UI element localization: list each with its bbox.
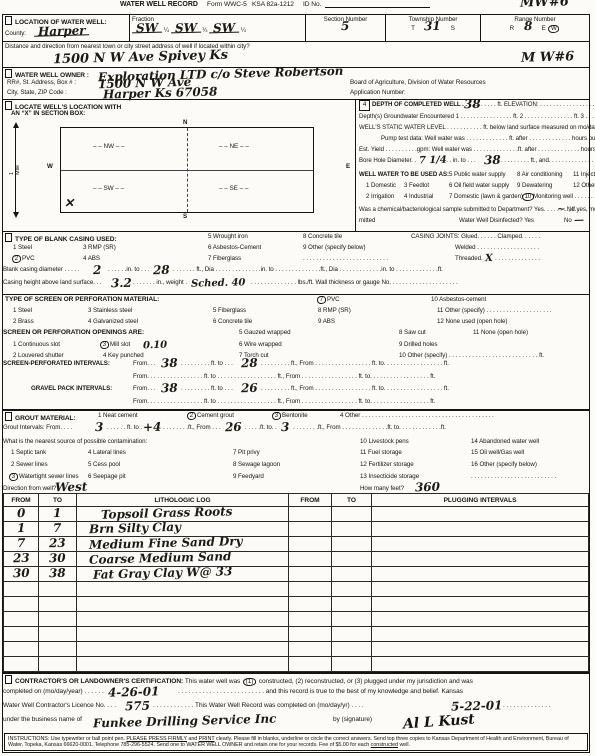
chemical-sample-question: Was a chemical/bacteriological sample su… — [359, 206, 579, 213]
form-header: WATER WELL RECORD Form WWC-5 KSA 82a-121… — [0, 0, 595, 14]
screen-intervals-label: SCREEN-PERFORATED INTERVALS: — [3, 360, 110, 367]
instructions-box: INSTRUCTIONS: Use typewriter or ball poi… — [4, 733, 588, 751]
option: 5 Gauzed wrapped — [239, 329, 291, 336]
owner-section: WATER WELL OWNER : Exploration LTD c/o S… — [3, 67, 589, 99]
log-to: 23 — [49, 539, 66, 546]
other-specify-dots: . . . . . . . . . . . . . . . . . . . . … — [471, 473, 556, 480]
grout-intervals-label: Grout Intervals: From. . . . — [3, 424, 72, 431]
log-from: 0 — [17, 509, 25, 516]
contamination-question: What is the nearest source of possible c… — [3, 438, 147, 445]
mill-slot-3-circled: 3 — [100, 341, 109, 349]
owner-city: Harper Ks 67058 — [103, 89, 217, 99]
option: 6 Seepage pit — [88, 473, 126, 480]
disinfected-question: Water Well Disinfected? Yes — [459, 217, 534, 224]
interval-mid: . . . . . . . . . ft. to . . . — [181, 385, 233, 392]
locate-title-2: AN “X” IN SECTION BOX: — [11, 110, 85, 117]
gravel-interval-from: 38 — [161, 385, 178, 392]
option: 5 Fiberglass — [213, 307, 246, 314]
disinfected-no: No — [564, 217, 572, 224]
option: 4 ABS — [83, 255, 100, 262]
record-date: 5-22-01 — [451, 702, 503, 710]
table-row: 17Brn Silty Clay — [4, 522, 589, 537]
option: 4 Key punched — [103, 352, 144, 359]
board-of-agriculture: Board of Agriculture, Division of Water … — [350, 79, 486, 86]
fraction-2: SW — [170, 25, 200, 34]
casing-diameter-value: 2 — [93, 267, 101, 274]
cement-grout-option: Cement grout — [197, 412, 234, 419]
chemical-question-tail: . ; If yes, mo/day/yrs sample was sub- — [565, 206, 595, 213]
bore-mid: . . . in. to . . . — [443, 157, 476, 164]
table-row-empty — [4, 612, 589, 627]
certification-text-1a: This water well was — [185, 678, 240, 685]
grout-section: GROUT MATERIAL: 1 Neat cement 2 Cement g… — [3, 409, 589, 437]
application-number-label: Application Number: — [350, 89, 406, 96]
compass-n: N — [183, 119, 187, 126]
option: 8 Sewage lagoon — [233, 461, 280, 468]
option: 14 Abandoned water well — [471, 438, 539, 445]
constructed-1-circled: (1) — [243, 678, 256, 686]
licence-label: Water Well Contractor's Licence No. . . … — [3, 702, 116, 709]
static-level-line: WELL'S STATIC WATER LEVEL . . . . . . . … — [359, 124, 595, 131]
feet-label: How many feet? — [360, 485, 404, 492]
screen-title: TYPE OF SCREEN OR PERFORATION MATERIAL: — [5, 296, 159, 303]
cement-grout-2-circled: 2 — [187, 412, 196, 420]
by-signature-label: by (signature) — [333, 716, 372, 723]
option: 16 Other (specify below) — [471, 461, 537, 468]
fraction-cell: Fraction SW ¼ SW ¼ SW ¼ — [130, 15, 306, 41]
option: 9 Feedyard — [233, 473, 264, 480]
log-desc: Topsoil Grass Roots — [101, 508, 233, 518]
constructed-date: 4-26-01 — [108, 688, 160, 696]
quadrant-nw: – – NW – – — [93, 143, 124, 150]
depth-elevation: . . . . . ft. ELEVATION: . . . . . . . .… — [481, 101, 595, 108]
water-well-record-form: WATER WELL RECORD Form WWC-5 KSA 82a-121… — [0, 0, 595, 756]
range-value: 8 — [524, 23, 532, 30]
form-title: WATER WELL RECORD — [120, 1, 198, 8]
range-w-circled: W — [548, 25, 559, 33]
option: 8 Concrete tile — [303, 233, 342, 240]
option: 11 Other (specify) . . . . . . . . . . .… — [437, 307, 552, 314]
option: 2 Irrigation — [366, 193, 394, 200]
option: 7 Fiberglass — [208, 255, 241, 262]
id-label: ID No. — [303, 1, 321, 8]
instructions-text: well. — [398, 742, 410, 748]
intervals-section: SCREEN-PERFORATED INTERVALS: From. . . 3… — [3, 359, 589, 409]
option: 9 Dewatering — [517, 182, 552, 189]
interval-blank-line: From. . . . . . . . . . . . . . . . . ft… — [133, 373, 435, 380]
address-handwritten: 1500 N W Ave Spivey Ks — [53, 52, 228, 64]
quadrant-se: – – SE – – — [219, 185, 248, 192]
grout-mid-3: . . . . .ft. to. . — [245, 424, 277, 431]
col-plugging-intervals: PLUGGING INTERVALS — [372, 494, 589, 507]
casing-height-mid: . . . . . . . in., weight . — [133, 279, 187, 286]
option: 11 None (open hole) — [473, 329, 528, 336]
section-number-value: 5 — [341, 23, 349, 30]
grout-to-1: +4 — [143, 424, 161, 431]
owner-city-label: City, State, ZIP Code : — [7, 89, 67, 96]
log-from: 7 — [17, 539, 25, 546]
instructions-press-firmly: PLEASE PRESS FIRMLY — [126, 736, 187, 742]
form-number: Form WWC-5 — [207, 1, 247, 8]
option: 1 Steel — [13, 307, 32, 314]
record-completed-label: . . . . . . . . . . . . This Water Well … — [153, 702, 364, 709]
from-label: From. . . — [133, 385, 156, 392]
option: 6 Asbestos-Cement — [208, 244, 261, 251]
casing-depth-value: 28 — [153, 267, 170, 274]
option: 4 Lateral lines — [88, 449, 126, 456]
table-row: 723Medium Fine Sand Dry — [4, 537, 589, 552]
depth-data-cell: 4 DEPTH OF COMPLETED WELL . . . . . . 38… — [356, 100, 589, 231]
option: 6 Oil field water supply — [449, 182, 509, 189]
contractor-signature: Al L Kust — [403, 712, 476, 733]
table-row-empty — [4, 582, 589, 597]
mill-slot-size: 0.10 — [143, 342, 167, 350]
section-6-box — [5, 412, 12, 421]
groundwater-line: Depth(s) Groundwater Encountered 1 . . .… — [359, 113, 595, 120]
bentonite-option: Bentonite — [282, 412, 308, 419]
watertight-3-circled: 3 — [9, 473, 18, 481]
casing-height-label: Casing height above land surface. . . — [3, 279, 102, 286]
fraction-1: SW — [132, 25, 162, 34]
option: 5 Public water supply — [449, 171, 506, 178]
log-to: 1 — [53, 509, 61, 516]
option: 6 Wire wrapped — [239, 341, 282, 348]
direction-value: West — [55, 484, 87, 492]
quadrant-sw: – – SW – – — [93, 185, 124, 192]
township-cell: Township Number T 31 S — [386, 15, 481, 41]
option: 10 Livestock pens — [360, 438, 409, 445]
option: 3 Stainless steel — [88, 307, 132, 314]
casing-diameter-label: Blank casing diameter . . . . . — [3, 266, 80, 273]
log-desc: Medium Fine Sand Dry — [89, 537, 243, 548]
gravel-intervals-label: GRAVEL PACK INTERVALS: — [31, 385, 112, 392]
interval-end: . . . . . . . . . ft., From . . . . . . … — [261, 385, 449, 392]
grout-from-1: 3 — [95, 424, 103, 431]
direction-label: Direction from well? — [3, 485, 56, 492]
pvc-7-circled: 7 — [317, 296, 326, 304]
option: 8 Saw cut — [399, 329, 426, 336]
option: 2 Louvered shutter — [13, 352, 64, 359]
county-value: Harper — [34, 27, 90, 36]
option: 12 Fertilizer storage — [360, 461, 414, 468]
log-to: 7 — [53, 524, 61, 531]
from-label: From. . . — [133, 360, 156, 367]
disinfected-no-mark: — — [574, 217, 584, 224]
option: 1 Septic tank — [11, 449, 46, 456]
contamination-section: What is the nearest source of possible c… — [3, 437, 589, 493]
threaded-x-mark: X — [485, 255, 493, 262]
log-from: 23 — [13, 554, 30, 561]
form-body: LOCATION OF WATER WELL: County: Harper F… — [2, 14, 590, 753]
range-r: R — [510, 25, 514, 32]
option: 4 Galvanized steel — [88, 318, 138, 325]
certification-text-1b: constructed, (2) reconstructed, or (3) p… — [259, 678, 473, 685]
option: 8 RMP (SR) — [318, 307, 351, 314]
welded-option: Welded . . . . . . . . . . . . . . . . .… — [455, 244, 539, 251]
quarter-1: ¼ — [164, 27, 169, 34]
feet-value: 360 — [415, 484, 440, 492]
screen-interval-from: 38 — [161, 360, 178, 367]
instructions-print: PRINT — [199, 736, 215, 742]
pvc-option: PVC — [327, 296, 340, 303]
well-id-handwritten-2: M W#6 — [521, 53, 574, 61]
well-x-mark: ✕ — [64, 200, 74, 207]
log-from: 1 — [17, 524, 25, 531]
option: 11 Fuel storage — [360, 449, 402, 456]
table-row: 01Topsoil Grass Roots — [4, 507, 589, 522]
interval-mid: . . . . . . . . . ft. to . . . — [181, 360, 233, 367]
grout-from-2: 26 — [225, 424, 242, 431]
section-2-box — [5, 69, 12, 78]
section-number-cell: Section Number 5 — [306, 15, 386, 41]
township-s: S — [451, 25, 455, 32]
casing-diameter-post: . . . . . . . ft., Dia . . . . . . . . .… — [173, 266, 443, 273]
log-to: 30 — [49, 554, 66, 561]
option: 3 Feedlot — [404, 182, 429, 189]
instructions-text: INSTRUCTIONS: Use typewriter or ball poi… — [8, 736, 126, 742]
col-from: FROM — [4, 494, 39, 507]
grout-end: . . . . . . . .ft., From . . . . . . . .… — [293, 424, 446, 431]
col-to-2: TO — [332, 494, 372, 507]
log-desc: Fat Gray Clay W@ 33 — [93, 568, 232, 579]
table-row-empty — [4, 627, 589, 642]
option: 9 ABS — [318, 318, 335, 325]
option: 9 Drilled holes — [399, 341, 437, 348]
instructions-text: and — [187, 736, 199, 742]
instructions-constructed: constructed — [371, 742, 398, 748]
compass-s: S — [183, 213, 187, 220]
option: 10 Asbestos-cement — [431, 296, 486, 303]
log-desc: Coarse Medium Sand — [89, 553, 231, 564]
bore-post: . . . . . . . . . ft., and. . . . . . . … — [501, 157, 595, 164]
business-name-value: Funkee Drilling Service Inc — [93, 716, 276, 728]
col-lithologic-log: LITHOLOGIC LOG — [77, 494, 289, 507]
option: 12 None used (open hole) — [437, 318, 507, 325]
option: 1 Neat cement — [98, 412, 138, 419]
threaded-option: Threaded. — [455, 255, 483, 262]
log-header-row: FROM TO LITHOLOGIC LOG FROM TO PLUGGING … — [4, 494, 589, 507]
table-row-empty — [4, 657, 589, 672]
option: 7 Domestic (lawn & garden) — [449, 193, 523, 200]
other-blank-dots: . . . . . . . . . . . . . . . . . . . . … — [303, 255, 388, 262]
township-t: T — [411, 25, 415, 32]
openings-title: SCREEN OR PERFORATION OPENINGS ARE: — [3, 329, 144, 336]
option: 5 Cess pool — [88, 461, 120, 468]
option: 7 Pit privy — [233, 449, 260, 456]
section-box-cell: LOCATE WELL'S LOCATION WITH AN “X” IN SE… — [3, 100, 356, 231]
option: 1 Continuous slot — [13, 341, 60, 348]
well-location-depth-section: LOCATE WELL'S LOCATION WITH AN “X” IN SE… — [3, 99, 589, 231]
section-box-horizontal-divider — [61, 170, 313, 171]
pump-test-line: Pump test data: Well water was . . . . .… — [381, 135, 595, 142]
option: 1 Steel — [13, 244, 32, 251]
casing-height-post: . . . . . . . . . . . . . . lbs./ft. Wal… — [251, 279, 458, 286]
owner-address-label: RR#, St. Address, Box # : — [7, 79, 76, 86]
threaded-dots: . . . . . . . . . . . . . . — [495, 255, 540, 262]
screen-section: TYPE OF SCREEN OR PERFORATION MATERIAL: … — [3, 294, 589, 359]
table-row: 2330Coarse Medium Sand — [4, 552, 589, 567]
option: 4 Other . . . . . . . . . . . . . . . . … — [340, 412, 494, 419]
casing-joints-label: CASING JOINTS: Glued. . . . . . Clamped.… — [411, 233, 540, 240]
monitoring-well-option: Monitoring well . . . . . . . . . . . . … — [533, 193, 595, 200]
option: 8 Air conditioning — [517, 171, 563, 178]
grout-to-2: 3 — [281, 424, 289, 431]
option: 9 Other (specify below) — [303, 244, 365, 251]
col-to: TO — [39, 494, 77, 507]
compass-e: E — [346, 163, 350, 170]
mile-arrow: 1 Mile — [15, 128, 16, 212]
fraction-3: SW — [209, 25, 239, 34]
section-7-box — [5, 675, 12, 684]
log-desc: Brn Silty Clay — [89, 523, 181, 532]
option: 10 Other (specify) . . . . . . . . . . .… — [399, 352, 544, 359]
option: 1 Domestic — [366, 182, 396, 189]
county-label: County: — [5, 30, 26, 37]
compass-w: W — [47, 163, 53, 170]
pvc-2-circled: 2 — [12, 255, 21, 263]
option: 5 Wrought iron — [208, 233, 248, 240]
table-row-empty — [4, 597, 589, 612]
grout-mid-1: . . . . . . ft. to . — [107, 424, 142, 431]
quarter-2: ¼ — [202, 27, 207, 34]
quarter-3: ¼ — [241, 27, 246, 34]
location-section: LOCATION OF WATER WELL: County: Harper F… — [3, 15, 589, 42]
mitted-wrap: mitted — [359, 217, 375, 224]
interval-blank-line: From. . . . . . . . . . . . . . . . . ft… — [133, 398, 435, 405]
mill-slot-option: Mill slot — [110, 341, 130, 348]
grout-title: GROUT MATERIAL: — [15, 415, 76, 422]
business-name-label: under the business name of — [3, 716, 82, 723]
option: 13 Insecticide storage — [360, 473, 419, 480]
range-label: Range Number — [483, 16, 587, 23]
screen-interval-to: 28 — [241, 360, 258, 367]
bore-hole-label: Bore Hole Diameter. . — [359, 157, 416, 164]
used-as-title: WELL WATER TO BE USED AS: — [359, 171, 449, 178]
depth-completed-value: 38 — [464, 101, 481, 108]
log-from: 30 — [13, 569, 30, 576]
mile-label: 1 Mile — [9, 165, 21, 175]
log-to: 38 — [49, 569, 66, 576]
casing-diameter-mid: . . . . . .in. to . . . — [108, 266, 150, 273]
certification-text-2b: . . . . . . . . . . . . . . . . . . . . … — [178, 688, 463, 695]
col-from-2: FROM — [289, 494, 332, 507]
watertight-option: Watertight sewer lines — [19, 473, 79, 480]
quadrant-ne: – – NE – – — [219, 143, 249, 150]
licence-number: 575 — [125, 703, 150, 711]
bentonite-3-circled: 3 — [272, 412, 281, 420]
range-cell: Range Number R 8 E W — [481, 15, 589, 41]
option: 11 Injection well — [573, 171, 595, 178]
location-cell: LOCATION OF WATER WELL: County: Harper — [3, 15, 130, 41]
section-4-box: 4 — [359, 100, 370, 111]
option: 12 Other (Specify below) — [573, 182, 595, 189]
casing-height-value: 3.2 — [111, 280, 132, 288]
ksa-number: KSA 82a-1212 — [252, 1, 294, 8]
est-yield-line: Est. Yield . . . . . . . . . .gpm: Well … — [359, 146, 595, 153]
section-1-box — [5, 16, 12, 25]
completed-on-label: completed on (mo/day/year) . . . . . . — [3, 688, 104, 695]
grout-mid-2: . . . . . . . .ft., From . . . — [163, 424, 221, 431]
blank-casing-section: TYPE OF BLANK CASING USED: 5 Wrought iro… — [3, 231, 589, 294]
lithologic-log-table: FROM TO LITHOLOGIC LOG FROM TO PLUGGING … — [3, 493, 589, 672]
bore-depth-value: 38 — [484, 157, 501, 164]
id-blank-line — [325, 0, 430, 8]
certification-text-3c: . . . . . . . . . . . . . . — [503, 702, 550, 709]
option: 4 Industrial — [404, 193, 433, 200]
table-row: 3038Fat Gray Clay W@ 33 — [4, 567, 589, 582]
option: 2 Sewer lines — [11, 461, 48, 468]
section-5-box — [5, 233, 12, 242]
interval-end: . . . . . . . . . ft., From . . . . . . … — [261, 360, 449, 367]
section-box-diagram: – – NW – – – – NE – – – – SW – – – – SE … — [60, 127, 314, 213]
gravel-interval-to: 26 — [241, 385, 258, 392]
pvc-option: PVC — [22, 255, 35, 262]
range-e: E — [542, 25, 546, 32]
option: 3 RMP (SR) — [83, 244, 116, 251]
table-row-empty — [4, 642, 589, 657]
blank-casing-title: TYPE OF BLANK CASING USED: — [15, 236, 117, 243]
certification-section: CONTRACTOR'S OR LANDOWNER'S CERTIFICATIO… — [3, 672, 589, 731]
option: 15 Oil well/Gas well — [471, 449, 524, 456]
option: 2 Brass — [13, 318, 34, 325]
well-id-handwritten: MW#6 — [520, 0, 569, 7]
option: 6 Concrete tile — [213, 318, 252, 325]
township-value: 31 — [424, 23, 441, 30]
casing-weight-value: Sched. 40 — [191, 279, 246, 287]
